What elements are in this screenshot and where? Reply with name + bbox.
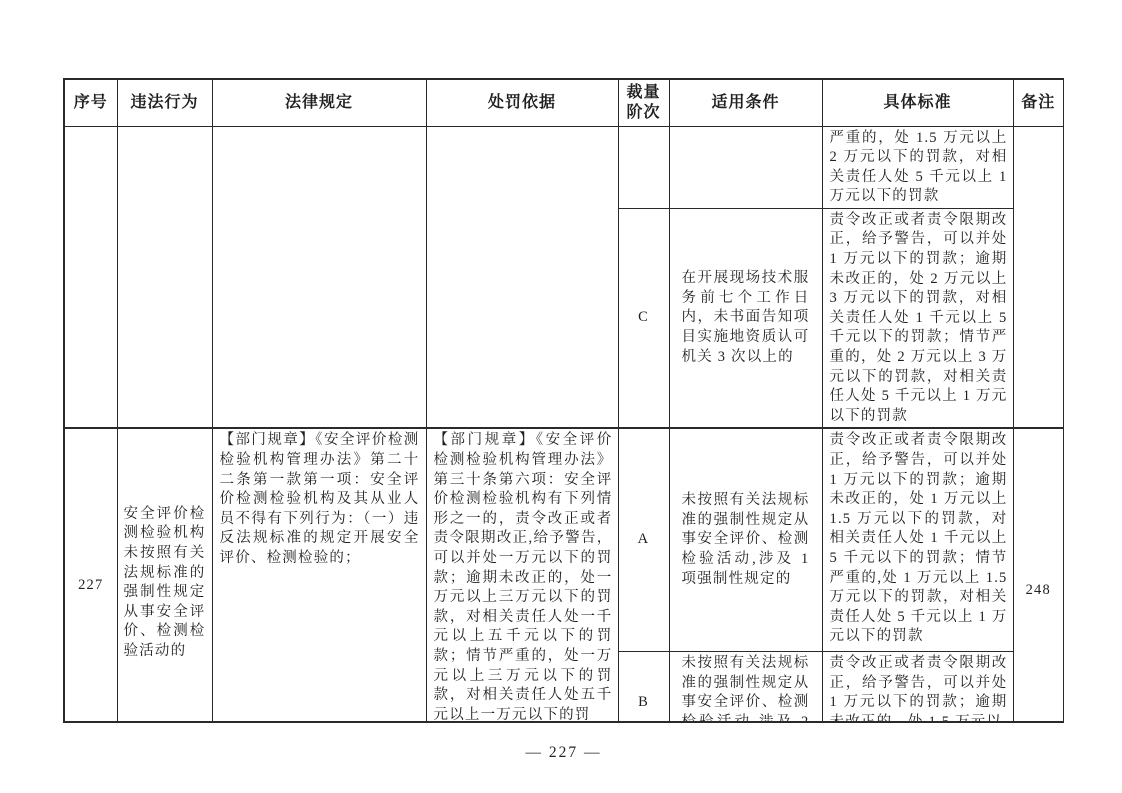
cell-legal-provision: 【部门规章】《安全评价检测检验机构管理办法》第二十二条第一款第一项：安全评价检测… [212,428,426,723]
cell-standard: 责令改正或者责令限期改正，给予警告，可以并处 1 万元以下的罚款；逾期未改正的，… [822,428,1013,651]
col-header-violation: 违法行为 [117,79,212,126]
cell-standard: 严重的，处 1.5 万元以上 2 万元以下的罚款，对相关责任人处 5 千元以上 … [822,126,1013,208]
page-number: — 227 — [63,744,1064,762]
cell-serial [64,126,117,428]
col-header-legal-provision: 法律规定 [212,79,426,126]
cell-condition: 在开展现场技术服务前七个工作日内，未书面告知项目实施地资质认可机关 3 次以上的 [669,208,822,428]
header-row: 序号 违法行为 法律规定 处罚依据 裁量阶次 适用条件 具体标准 备注 [64,79,1064,126]
table-clip-region: 序号 违法行为 法律规定 处罚依据 裁量阶次 适用条件 具体标准 备注 [63,78,1064,723]
record-prev-row-partial: 严重的，处 1.5 万元以上 2 万元以下的罚款，对相关责任人处 5 千元以上 … [64,126,1064,208]
cell-violation [117,126,212,428]
cell-tier [618,126,669,208]
cell-standard: 责令改正或者责令限期改正，给予警告，可以并处 1 万元以下的罚款；逾期未改正的，… [822,651,1013,723]
cell-legal-provision [212,126,426,428]
col-header-discretion-tier: 裁量阶次 [618,79,669,126]
cell-condition: 未按照有关法规标准的强制性规定从事安全评价、检测检验活动,涉及 1 项强制性规定… [669,428,822,651]
cell-penalty-basis [426,126,618,428]
cell-serial: 227 [64,428,117,723]
cell-tier: B [618,651,669,723]
cell-standard: 责令改正或者责令限期改正，给予警告，可以并处 1 万元以下的罚款；逾期未改正的，… [822,208,1013,428]
cell-penalty-basis: 【部门规章】《安全评价检测检验机构管理办法》第三十条第六项：安全评价检测检验机构… [426,428,618,723]
cell-remark: 248 [1013,428,1064,723]
cell-condition [669,126,822,208]
col-header-applicable-conditions: 适用条件 [669,79,822,126]
cell-tier: C [618,208,669,428]
penalty-standards-table: 序号 违法行为 法律规定 处罚依据 裁量阶次 适用条件 具体标准 备注 [63,78,1064,723]
cell-tier: A [618,428,669,651]
col-header-specific-standard: 具体标准 [822,79,1013,126]
col-header-penalty-basis: 处罚依据 [426,79,618,126]
col-header-serial: 序号 [64,79,117,126]
document-page: 序号 违法行为 法律规定 处罚依据 裁量阶次 适用条件 具体标准 备注 [0,0,1122,793]
col-header-remarks: 备注 [1013,79,1064,126]
cell-condition: 未按照有关法规标准的强制性规定从事安全评价、检测检验活动,涉及 2 项强 [669,651,822,723]
cell-violation: 安全评价检测检验机构未按照有关法规标准的强制性规定从事安全评价、检测检验活动的 [117,428,212,723]
cell-remark [1013,126,1064,428]
record-227-row-tier-a: 227 安全评价检测检验机构未按照有关法规标准的强制性规定从事安全评价、检测检验… [64,428,1064,651]
